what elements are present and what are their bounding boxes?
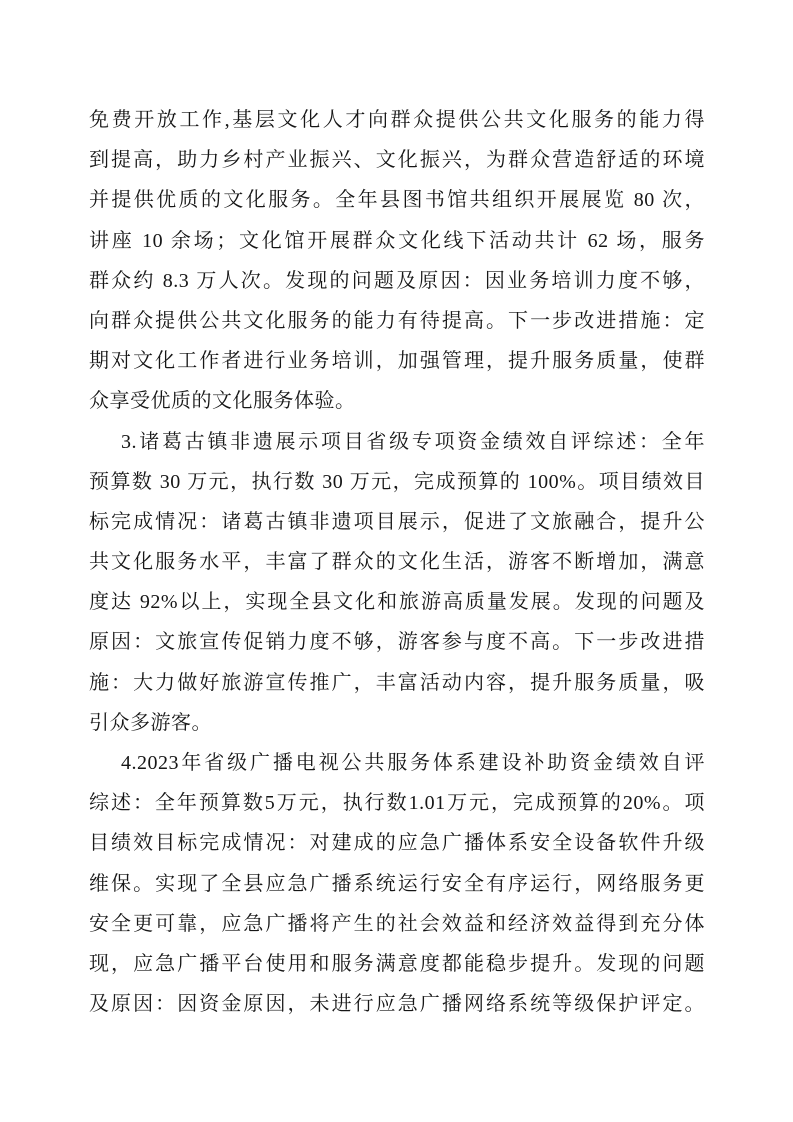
paragraph-1-line-7: 期对文化工作者进行业务培训，加强管理，提升服务质量，使群 [89,341,705,381]
paragraph-3-line-2: 综述：全年预算数5万元，执行数1.01万元，完成预算的20%。项 [89,783,705,823]
paragraph-2-line-8: 引众多游客。 [89,703,705,743]
paragraph-1-line-4: 讲座 10 余场；文化馆开展群众文化线下活动共计 62 场，服务 [89,221,705,261]
paragraph-2-line-7: 施：大力做好旅游宣传推广，丰富活动内容，提升服务质量，吸 [89,663,705,703]
paragraph-1-line-5: 群众约 8.3 万人次。发现的问题及原因：因业务培训力度不够， [89,261,705,301]
text-block: 免费开放工作,基层文化人才向群众提供公共文化服务的能力得到提高，助力乡村产业振兴… [89,100,705,1024]
paragraph-2-line-4: 共文化服务水平，丰富了群众的文化生活，游客不断增加，满意 [89,542,705,582]
paragraph-3-line-3: 目绩效目标完成情况：对建成的应急广播体系安全设备软件升级 [89,823,705,863]
paragraph-3-line-6: 现，应急广播平台使用和服务满意度都能稳步提升。发现的问题 [89,944,705,984]
paragraph-3-line-5: 安全更可靠，应急广播将产生的社会效益和经济效益得到充分体 [89,904,705,944]
paragraph-3-line-7: 及原因：因资金原因，未进行应急广播网络系统等级保护评定。 [89,984,705,1024]
paragraph-2-line-1: 3.诸葛古镇非遗展示项目省级专项资金绩效自评综述：全年 [89,422,705,462]
paragraph-3-line-1: 4.2023年省级广播电视公共服务体系建设补助资金绩效自评 [89,743,705,783]
paragraph-2-line-5: 度达 92%以上，实现全县文化和旅游高质量发展。发现的问题及 [89,582,705,622]
paragraph-2-line-2: 预算数 30 万元，执行数 30 万元，完成预算的 100%。项目绩效目 [89,462,705,502]
paragraph-1-line-1: 免费开放工作,基层文化人才向群众提供公共文化服务的能力得 [89,100,705,140]
paragraph-1-line-2: 到提高，助力乡村产业振兴、文化振兴，为群众营造舒适的环境 [89,140,705,180]
paragraph-1-line-8: 众享受优质的文化服务体验。 [89,381,705,421]
paragraph-1-line-6: 向群众提供公共文化服务的能力有待提高。下一步改进措施：定 [89,301,705,341]
paragraph-1-line-3: 并提供优质的文化服务。全年县图书馆共组织开展展览 80 次， [89,180,705,220]
paragraph-3-line-4: 维保。实现了全县应急广播系统运行安全有序运行，网络服务更 [89,864,705,904]
paragraph-2-line-6: 原因：文旅宣传促销力度不够，游客参与度不高。下一步改进措 [89,622,705,662]
document-page: 免费开放工作,基层文化人才向群众提供公共文化服务的能力得到提高，助力乡村产业振兴… [0,0,793,1122]
paragraph-2-line-3: 标完成情况：诸葛古镇非遗项目展示，促进了文旅融合，提升公 [89,502,705,542]
